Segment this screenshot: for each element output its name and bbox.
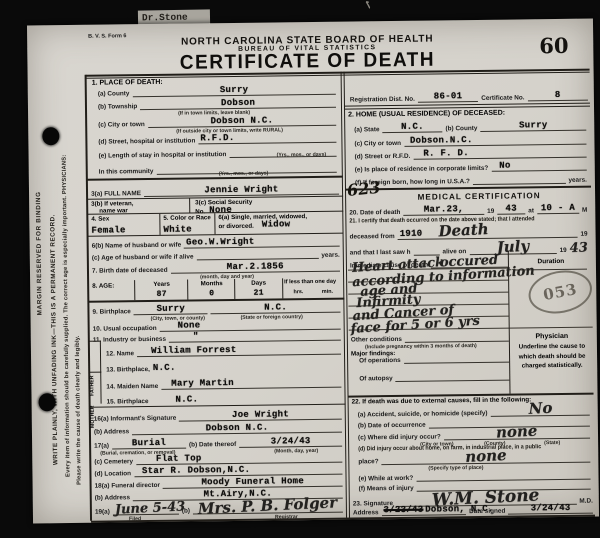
operations-field bbox=[404, 362, 509, 364]
burial-date-label: (b) Date thereof bbox=[189, 441, 236, 449]
township-field: Dobson bbox=[140, 98, 336, 110]
street-label: (d) Street, hospital or institution bbox=[98, 137, 195, 146]
race-label: 5. Color or Race bbox=[163, 214, 213, 222]
home-state-value: N.C. bbox=[401, 122, 424, 132]
mother-name-label: 14. Maiden Name bbox=[106, 383, 158, 391]
informant-sig-field: Joe Wright bbox=[179, 410, 342, 422]
industry-label: 11. Industry or business bbox=[93, 335, 166, 343]
burial-type-label: 17(a) bbox=[94, 442, 109, 450]
scanned-death-certificate: { "meta": { "doctor_note": "Dr.Stone", "… bbox=[0, 0, 600, 538]
birthplace-state-field: N.C. bbox=[211, 303, 341, 315]
mother-name-value: Mary Martin bbox=[171, 378, 234, 389]
dod-19: 19 bbox=[487, 207, 494, 214]
filed-label: 19(a) bbox=[95, 508, 110, 516]
birthplace-city-field: Surry bbox=[134, 304, 208, 315]
mother-bp-value: N.C. bbox=[175, 395, 198, 404]
home-county-value: Surry bbox=[519, 120, 548, 130]
spouse-age-label: (c) Age of husband or wife if alive bbox=[92, 253, 194, 262]
margin-binding-note: MARGIN RESERVED FOR BINDING bbox=[35, 191, 44, 315]
father-name-field: William Forrest bbox=[137, 345, 341, 357]
county-value: Surry bbox=[220, 85, 249, 95]
spouse-field: Geo.W.Wright bbox=[184, 237, 340, 249]
age-less-label: If less than one day bbox=[284, 279, 342, 286]
age-days-cell: Days 21 bbox=[235, 279, 282, 298]
punch-hole-bottom bbox=[38, 393, 55, 411]
funeral-director-value: Moody Funeral Home bbox=[201, 476, 304, 487]
spouse-value: Geo.W.Wright bbox=[186, 237, 255, 248]
registrar-sublabel: Registrar bbox=[275, 514, 298, 520]
cert-no-value: 8 bbox=[555, 90, 561, 100]
community-label: In this community bbox=[99, 168, 154, 176]
physician-addr-field: 3/23/43 Dobson, N.C. bbox=[381, 505, 466, 516]
cert-no-field: 8 bbox=[527, 91, 587, 102]
filed-sublabel: Filed bbox=[129, 516, 141, 522]
physician-addr-label: Address bbox=[353, 509, 379, 517]
city-value: Dobson N.C. bbox=[210, 115, 273, 126]
full-name-value: Jennie Wright bbox=[204, 184, 278, 195]
home-title: 2. HOME (USUAL RESIDENCE) OF DECEASED: bbox=[348, 110, 505, 119]
birthdate-field: Mar.2.1856 bbox=[171, 262, 340, 274]
reg-dist-field: 86-01 bbox=[418, 92, 478, 103]
margin-permanent-record-note: WRITE PLAINLY, WITH UNFADING INK—THIS IS… bbox=[49, 214, 59, 465]
date-signed-value: 3/24/43 bbox=[531, 503, 571, 513]
street-value: R.F.D. bbox=[200, 133, 234, 143]
mother-name-field: Mary Martin bbox=[161, 378, 341, 390]
informant-sig-label: 16(a) Informant's Signature bbox=[94, 414, 177, 422]
burial-type-field: Burial bbox=[112, 439, 186, 450]
accident-field: No bbox=[490, 402, 589, 417]
occupation-value: None bbox=[178, 320, 201, 330]
home-county-label: (b) County bbox=[445, 125, 477, 133]
burial-location-value: Star R. Dobson,N.C. bbox=[142, 465, 250, 476]
race-marital-divider bbox=[214, 213, 215, 234]
home-foreign-suffix: years. bbox=[568, 176, 587, 184]
race-cell: 5. Color or Race White bbox=[163, 214, 213, 235]
bottom-rule bbox=[91, 515, 595, 523]
birthplace-city-value: Surry bbox=[156, 304, 185, 314]
date-signed-label: Date signed bbox=[469, 507, 505, 515]
burial-date-field: 3/24/43 bbox=[239, 437, 342, 448]
attended-from-field: 1910 Death bbox=[398, 224, 578, 240]
township-value: Dobson bbox=[221, 98, 255, 108]
registrar-field: Mrs. P. B. Folger bbox=[193, 499, 343, 514]
mother-side-box: MOTHER bbox=[89, 372, 101, 404]
where-injury-label: (c) Where did injury occur? bbox=[358, 433, 441, 441]
age-div2 bbox=[187, 280, 188, 300]
dod-month-field: Mar.23, bbox=[403, 205, 484, 216]
stay-label: (e) Length of stay in hospital or instit… bbox=[99, 151, 227, 160]
physician-addr-struck: 3/23/43 bbox=[383, 505, 423, 515]
sex-race-divider bbox=[159, 214, 160, 235]
informant-addr-label: (b) Address bbox=[94, 428, 129, 436]
certificate-paper: MARGIN RESERVED FOR BINDING WRITE PLAINL… bbox=[27, 19, 599, 524]
birthdate-label: 7. Birth date of deceased bbox=[92, 266, 168, 274]
form-number: B. V. S. Form 6 bbox=[88, 33, 126, 39]
reg-dist-label: Registration Dist. No. bbox=[350, 95, 415, 103]
physician-note-box: Physician Underline the cause to which d… bbox=[509, 327, 595, 394]
home-county-field: Surry bbox=[480, 121, 586, 132]
street-field: R.F.D. bbox=[198, 133, 336, 145]
mother-bp-label: 15. Birthplace bbox=[107, 398, 149, 406]
home-rule bbox=[346, 186, 591, 191]
dod-time-value: 10 - A bbox=[541, 203, 575, 213]
other-conditions-label: Other conditions bbox=[351, 336, 402, 344]
page-number: 60 bbox=[539, 33, 569, 58]
birthplace-label: 9. Birthplace bbox=[92, 308, 130, 316]
age-months-cell: Months 0 bbox=[188, 280, 235, 299]
sex-cell: 4. Sex Female bbox=[91, 215, 157, 236]
where-hint-state: (State) bbox=[544, 440, 560, 446]
veteran-ssn-divider bbox=[189, 198, 190, 212]
attended-from-19: 19 bbox=[580, 230, 587, 237]
age-days-label: Days bbox=[235, 279, 282, 287]
margin-physicians-note: Every item of information should be care… bbox=[62, 155, 72, 478]
filed-date-script: June 5-43 bbox=[115, 502, 186, 515]
dod-time-field: 10 - A bbox=[537, 204, 579, 215]
where-injury-script: none bbox=[496, 425, 538, 438]
physician-note-text: Underline the cause to which death shoul… bbox=[510, 340, 594, 372]
stay-hint: (Yrs., mos., or days) bbox=[277, 152, 327, 159]
home-street-value: R. F. D. bbox=[423, 148, 469, 159]
home-foreign-field bbox=[473, 183, 566, 185]
cert-no-label: Certificate No. bbox=[481, 94, 524, 102]
oval-stamp-number: 053 bbox=[542, 280, 579, 304]
dod-month-value: Mar.23, bbox=[424, 204, 464, 214]
burial-date-value: 3/24/43 bbox=[271, 436, 311, 446]
attended-from-script: Death bbox=[438, 224, 489, 238]
home-state-label: (a) State bbox=[354, 126, 379, 134]
age-hrs-label: hrs. bbox=[293, 289, 303, 295]
dod-m: M bbox=[582, 206, 587, 213]
autopsy-label: Of autopsy bbox=[359, 375, 392, 383]
sex-label: 4. Sex bbox=[91, 215, 157, 223]
burial-type-value: Burial bbox=[132, 438, 166, 448]
marital-value: Widow bbox=[262, 220, 291, 229]
form-left-border bbox=[85, 75, 92, 521]
doctor-note: Dr.Stone bbox=[142, 12, 188, 24]
father-name-value: William Forrest bbox=[151, 345, 237, 356]
township-label: (b) Township bbox=[98, 103, 137, 111]
industry-field: " bbox=[169, 331, 341, 343]
margin-cause-note: Please write the cause of death clearly … bbox=[75, 335, 83, 485]
autopsy-field bbox=[396, 380, 510, 382]
injury-place-label2: place? bbox=[358, 458, 378, 466]
industry-value: " bbox=[193, 331, 199, 341]
age-label: 8. AGE: bbox=[92, 282, 114, 289]
age-days-value: 21 bbox=[235, 289, 282, 298]
home-corporate-value: No bbox=[499, 161, 511, 171]
age-min-label: min. bbox=[322, 289, 333, 295]
marital-label2: or divorced. bbox=[218, 223, 254, 230]
dod-year-field: 43 bbox=[497, 204, 525, 214]
informant-addr-value: Dobson N.C. bbox=[206, 423, 269, 434]
age-months-label: Months bbox=[188, 280, 235, 288]
injury-place-field: none bbox=[381, 449, 590, 465]
city-label: (c) City or town bbox=[98, 121, 145, 129]
date-signed-field: 3/24/43 bbox=[508, 504, 593, 515]
informant-sig-value: Joe Wright bbox=[232, 409, 289, 420]
father-bp-label: 13. Birthplace, bbox=[106, 366, 150, 374]
home-city-value: Dobson.N.C. bbox=[410, 135, 473, 146]
attended-from-typed: 1910 bbox=[400, 229, 423, 239]
medical-stamp-number: 623 bbox=[346, 178, 381, 200]
check-mark: ✓ bbox=[360, 0, 376, 11]
father-name-label: 12. Name bbox=[106, 350, 134, 358]
father-side-box: FATHER bbox=[89, 341, 101, 373]
age-years-label: Years bbox=[135, 281, 188, 289]
spouse-label: 6(b) Name of husband or wife bbox=[92, 241, 182, 249]
home-state-field: N.C. bbox=[382, 122, 442, 133]
attended-from-label: deceased from bbox=[350, 233, 395, 241]
age-years-value: 87 bbox=[135, 291, 188, 300]
age-months-value: 0 bbox=[188, 290, 235, 299]
birthplace-state-value: N.C. bbox=[264, 302, 287, 312]
where-injury-field: none bbox=[444, 425, 590, 440]
city-field: Dobson N.C. bbox=[148, 116, 337, 128]
spouse-age-suffix: years. bbox=[321, 251, 340, 259]
age-less-cell: If less than one day hrs. min. bbox=[284, 279, 342, 296]
full-name-label: 3(a) FULL NAME bbox=[91, 190, 141, 198]
father-bp-value: N.C. bbox=[153, 364, 176, 373]
accident-script: No bbox=[528, 402, 552, 414]
filed-date-field: June 5-43 bbox=[113, 503, 179, 515]
injury-place-script: none bbox=[465, 450, 507, 463]
operations-label: Of operations bbox=[359, 357, 401, 365]
birthdate-value: Mar.2.1856 bbox=[227, 261, 284, 272]
registrar-script: Mrs. P. B. Folger bbox=[198, 497, 338, 515]
dod-year-value: 43 bbox=[505, 204, 517, 214]
age-years-cell: Years 87 bbox=[135, 281, 188, 300]
marital-cell: 6(a) Single, married, widowed, or divorc… bbox=[218, 213, 342, 231]
reg-dist-value: 86-01 bbox=[434, 91, 463, 101]
punch-hole-top bbox=[42, 127, 59, 145]
date-of-death-label: 20. Date of death bbox=[349, 209, 400, 217]
dod-at: at bbox=[528, 207, 534, 214]
cemetery-value: Flat Top bbox=[156, 453, 202, 464]
